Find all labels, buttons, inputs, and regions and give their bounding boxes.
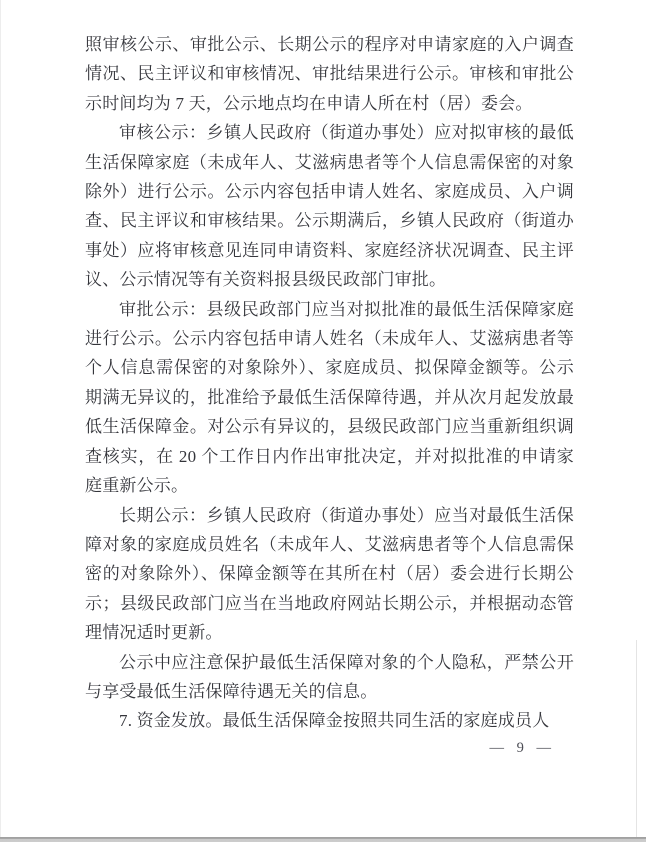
paragraph-changqi-gongshi: 长期公示：乡镇人民政府（街道办事处）应当对最低生活保障对象的家庭成员姓名（未成年…: [85, 501, 574, 648]
paragraph-shenpi-gongshi: 审批公示：县级民政部门应当对拟批准的最低生活保障家庭进行公示。公示内容包括申请人…: [85, 295, 574, 501]
scan-edge-bottom: [0, 837, 646, 842]
paragraph-zijin-fafang: 7. 资金发放。最低生活保障金按照共同生活的家庭成员人: [85, 706, 574, 735]
scan-edge-left: [0, 0, 1, 842]
document-body: 照审核公示、审批公示、长期公示的程序对申请家庭的入户调查情况、民主评议和审核情况…: [85, 30, 574, 736]
document-page: 照审核公示、审批公示、长期公示的程序对申请家庭的入户调查情况、民主评议和审核情况…: [0, 0, 646, 842]
paragraph-privacy: 公示中应注意保护最低生活保障对象的个人隐私，严禁公开与享受最低生活保障待遇无关的…: [85, 648, 574, 707]
page-number: — 9 —: [0, 740, 553, 757]
paragraph-continued: 照审核公示、审批公示、长期公示的程序对申请家庭的入户调查情况、民主评议和审核情况…: [85, 30, 574, 118]
paragraph-shenhe-gongshi: 审核公示：乡镇人民政府（街道办事处）应对拟审核的最低生活保障家庭（未成年人、艾滋…: [85, 118, 574, 294]
scan-edge-right: [636, 640, 637, 837]
